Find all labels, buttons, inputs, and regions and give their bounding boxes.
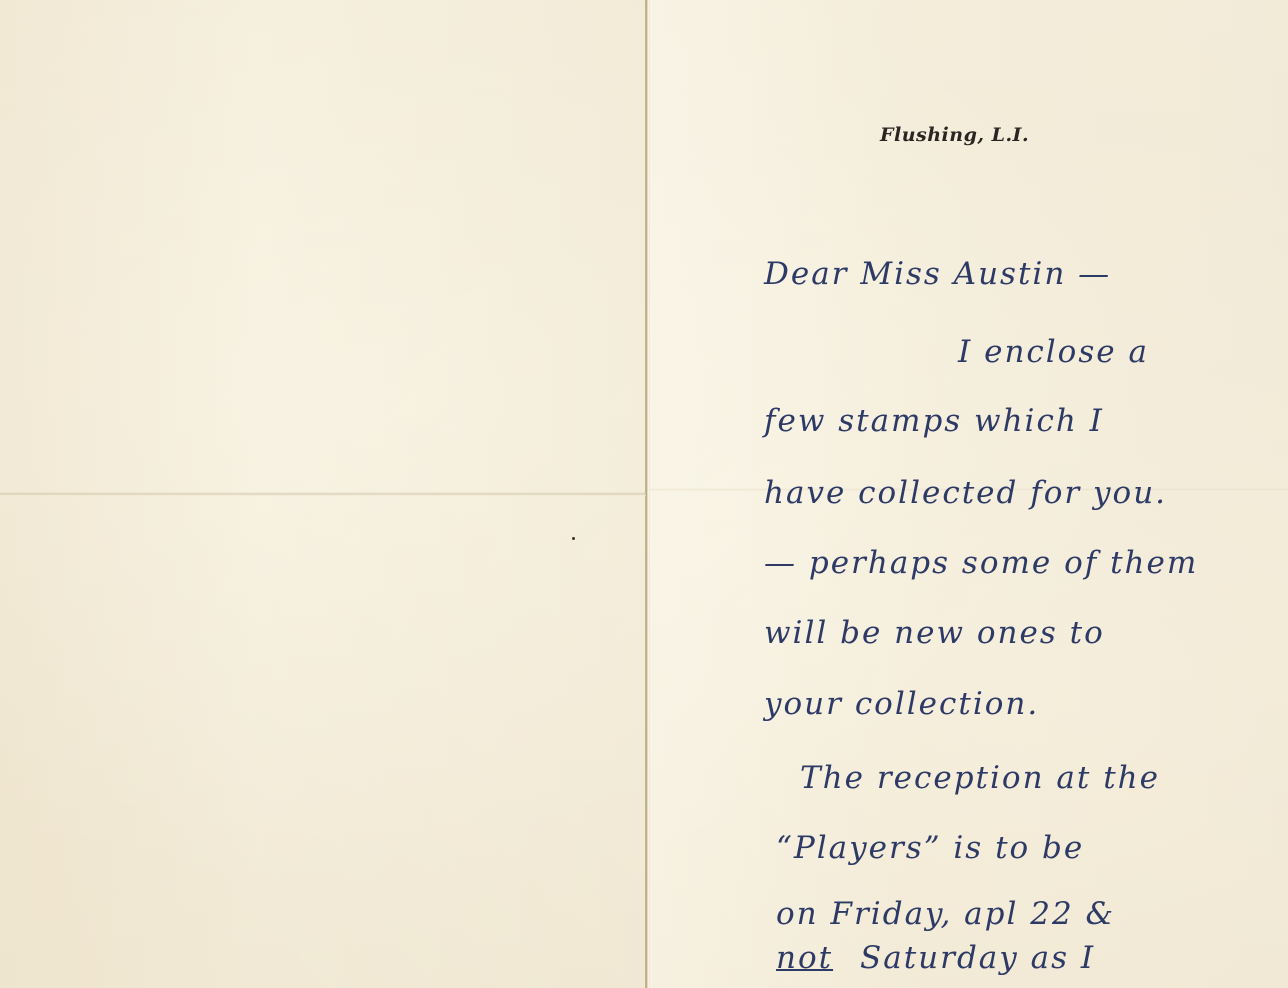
letter-line-2: I enclose a xyxy=(958,334,1149,370)
letter-line-5: — perhaps some of them xyxy=(764,545,1198,581)
letter-line-8: The reception at the xyxy=(800,760,1160,796)
letter-line-10: on Friday, apl 22 & xyxy=(776,896,1115,932)
letter-line-9: “Players” is to be xyxy=(776,830,1084,866)
horizontal-fold-crease-left xyxy=(0,492,646,496)
letter-sheet: Flushing, L.I. Dear Miss Austin — I encl… xyxy=(0,0,1288,988)
letter-line-11-underlined: not xyxy=(776,940,833,976)
letterhead-flushing: Flushing, L.I. xyxy=(880,124,1080,146)
letter-line-11-rest: Saturday as I xyxy=(860,940,1095,976)
letter-line-7: your collection. xyxy=(764,686,1039,722)
letter-line-4: have collected for you. xyxy=(764,475,1167,511)
letter-line-3: few stamps which I xyxy=(764,403,1104,439)
salutation-line: Dear Miss Austin — xyxy=(764,256,1111,292)
paper-speck xyxy=(572,537,575,540)
letter-line-6: will be new ones to xyxy=(764,615,1105,651)
